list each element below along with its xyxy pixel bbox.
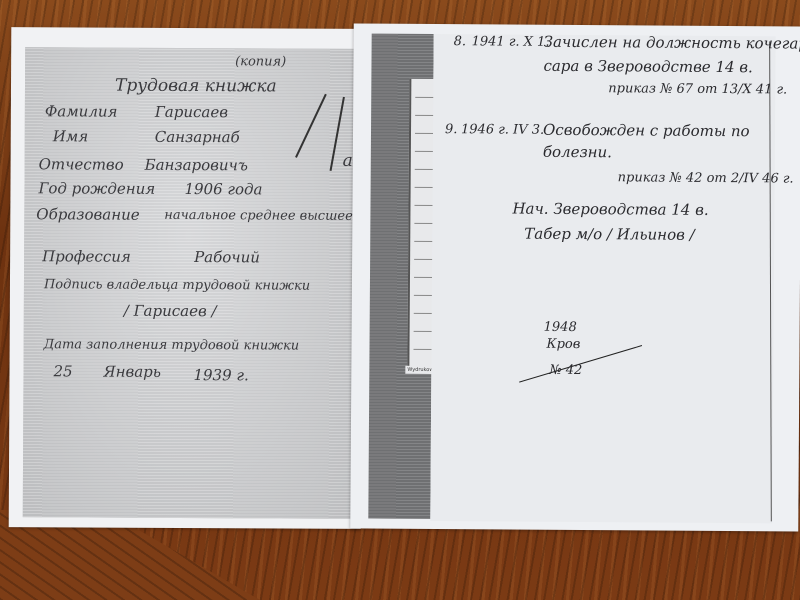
document-title: Трудовая книжка	[115, 76, 277, 97]
field-label-birth-year: Год рождения	[38, 179, 155, 198]
field-label-education: Образование	[36, 205, 139, 224]
field-value-surname: Гарисаев	[155, 103, 228, 121]
field-label-name: Имя	[53, 127, 89, 145]
left-document-page: (копия) Трудовая книжка Фамилия Гарисаев…	[9, 27, 364, 529]
stamp-note-number: № 42	[549, 363, 582, 378]
copy-note: (копия)	[235, 54, 286, 69]
entry-date: 1946 г. IV 3.	[461, 122, 544, 138]
signoff-title: Нач. Звероводства 14 в.	[512, 200, 708, 219]
field-label-patronymic: Отчество	[39, 155, 124, 173]
field-value-name: Санзарнаб	[155, 128, 240, 146]
field-label-surname: Фамилия	[45, 102, 118, 120]
fill-date-day: 25	[53, 362, 72, 380]
entry-number: 8.	[454, 34, 467, 49]
field-value-education: начальное среднее высшее	[164, 208, 353, 224]
entry-text: болезни.	[543, 143, 612, 161]
fill-date-month: Январь	[103, 363, 161, 381]
margin-check-mark	[295, 94, 327, 158]
owner-signature: / Гарисаев /	[124, 302, 217, 320]
entry-order: приказ № 67 от 13/X 41 г.	[608, 81, 787, 97]
field-label-profession: Профессия	[42, 247, 131, 265]
fill-date-label: Дата заполнения трудовой книжки	[44, 337, 300, 353]
margin-mark: а	[343, 151, 353, 171]
right-document-page: Wydrukowano 8. 1941 г. X 1. Зачислен на …	[350, 23, 800, 531]
fill-date-year: 1939 г.	[193, 366, 248, 384]
signature-line-label: Подпись владельца трудовой книжки	[44, 277, 310, 293]
entry-number: 9.	[445, 122, 458, 137]
stamp-note-word: Кров	[546, 337, 580, 352]
entry-text: Зачислен на должность кочегара	[544, 33, 800, 53]
entry-text: Освобожден с работы по	[543, 121, 750, 140]
entry-date: 1941 г. X 1.	[472, 34, 550, 50]
entry-order: приказ № 42 от 2/IV 46 г.	[618, 170, 794, 186]
entry-text: сара в Звероводстве 14 в.	[543, 57, 752, 76]
field-value-birth-year: 1906 года	[184, 180, 262, 198]
stamp-note-year: 1948	[544, 320, 577, 335]
field-value-profession: Рабочий	[194, 248, 260, 266]
left-photocopy-area: (копия) Трудовая книжка Фамилия Гарисаев…	[23, 47, 355, 519]
signoff-signature: Табер м/о / Ильинов /	[524, 225, 695, 244]
right-photocopy-area	[430, 34, 775, 523]
field-value-patronymic: Банзаровичъ	[145, 156, 248, 175]
